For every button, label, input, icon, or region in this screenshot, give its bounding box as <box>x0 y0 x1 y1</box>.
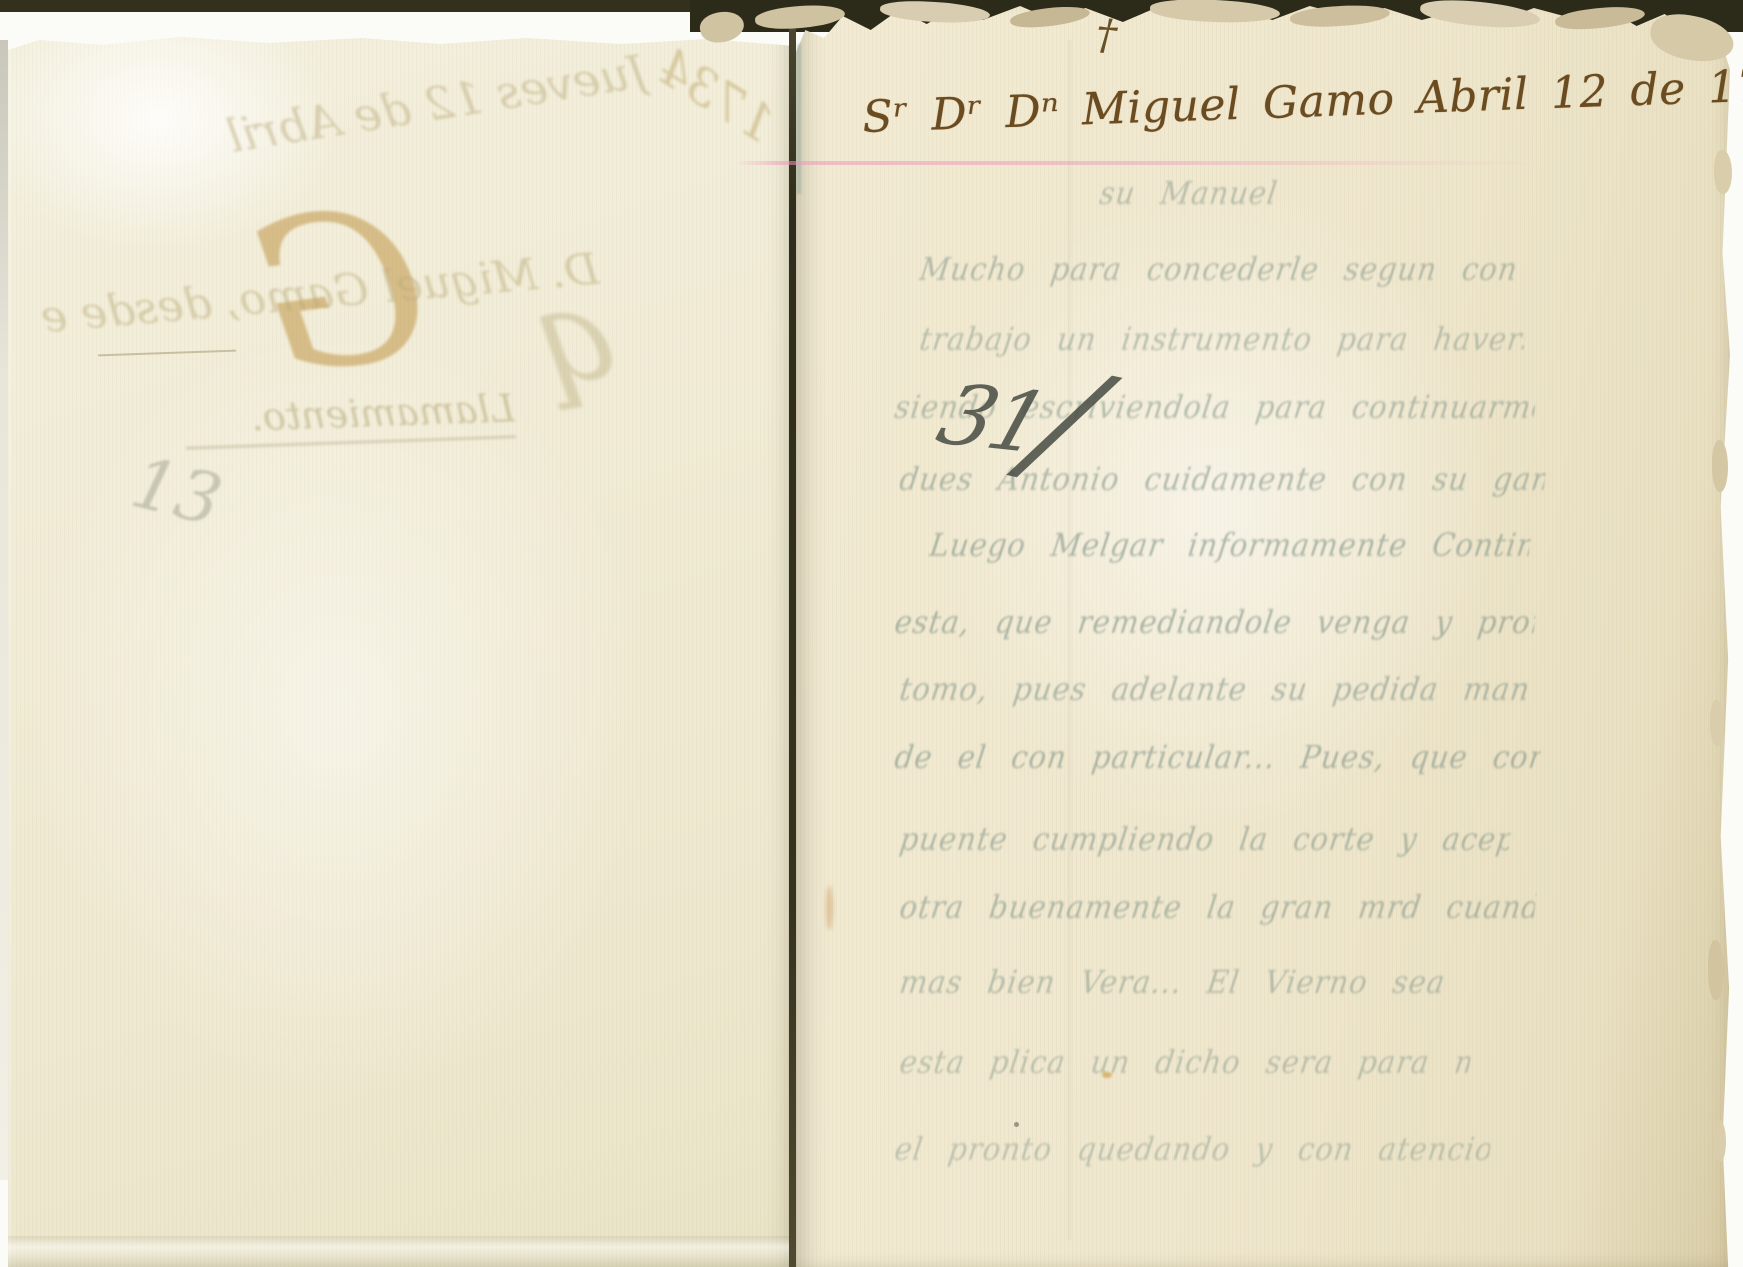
torn-edge-bump <box>1710 700 1724 746</box>
dark-speck <box>1014 1122 1019 1127</box>
ink-stain <box>826 886 833 930</box>
archival-number: 31/ <box>927 366 1100 476</box>
cross-mark: † <box>1094 9 1118 59</box>
left-page-bottom-fold <box>8 1236 794 1267</box>
archival-number-slash: / <box>1043 419 1085 428</box>
left-page <box>8 28 794 1267</box>
scanner-edge <box>0 40 8 1180</box>
manuscript-scan: 1734Jueves 12 de AbrilGD. Miguel Gamo, d… <box>0 0 1743 1267</box>
right-page-crease <box>1068 40 1071 1240</box>
right-page <box>796 0 1730 1267</box>
torn-edge-bump <box>1712 440 1728 492</box>
gutter-shadow <box>797 44 801 194</box>
pink-line <box>735 161 1545 165</box>
torn-edge-bump <box>1714 150 1732 194</box>
page-gutter <box>789 26 796 1267</box>
foxing-speck <box>1102 1072 1112 1078</box>
torn-edge-bump <box>1714 1120 1726 1162</box>
torn-edge-bump <box>1708 940 1724 1000</box>
